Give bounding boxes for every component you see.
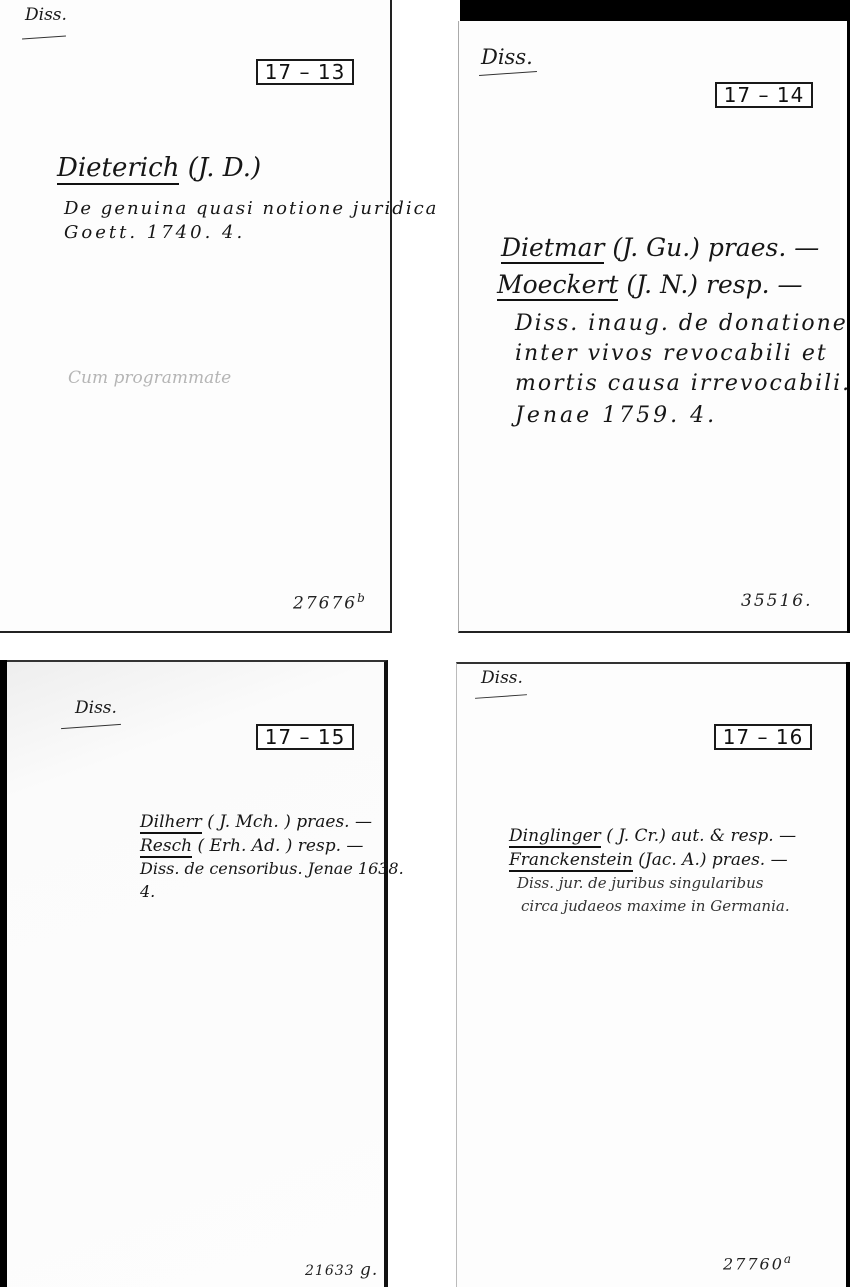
collection-mark-underline <box>475 694 527 699</box>
author-role: ( J. Cr.) aut. & resp. — <box>606 826 796 846</box>
author-line: Dietmar (J. Gu.) praes. — <box>501 233 819 262</box>
collection-mark: Diss. <box>481 668 523 688</box>
collection-mark-underline <box>61 724 121 729</box>
accession-number: 35516. <box>741 591 812 611</box>
catalog-card-17-16: Diss. 17 – 16 Dinglinger ( J. Cr.) aut. … <box>456 662 846 1287</box>
title-line: inter vivos revocabili et <box>515 341 828 366</box>
pencil-note: Cum programmate <box>68 368 231 388</box>
format-line: 4. <box>140 882 155 901</box>
title-line: circa judaeos maxime in Germania. <box>521 897 790 915</box>
catalog-card-17-13: Diss. 17 – 13 Dieterich (J. D.) De genui… <box>0 0 392 633</box>
accession-number: 21633 g. <box>305 1260 378 1280</box>
author-name: Dieterich <box>57 153 179 185</box>
author-line: Dieterich (J. D.) <box>57 153 261 183</box>
title-line: De genuina quasi notione juridica <box>64 198 438 219</box>
title-line: Diss. de censoribus. Jenae 1638. <box>140 859 404 878</box>
imprint-line: Goett. 1740. 4. <box>64 222 245 243</box>
author-name: Moeckert <box>497 270 618 301</box>
collection-mark: Diss. <box>75 698 117 718</box>
scan-edge-left <box>0 660 7 1287</box>
call-number-box: 17 – 16 <box>714 724 812 750</box>
author-line: Dinglinger ( J. Cr.) aut. & resp. — <box>509 826 796 846</box>
author-role: ( Erh. Ad. ) resp. — <box>197 836 363 856</box>
author-name: Dinglinger <box>509 826 601 848</box>
accession-number: 27760a <box>723 1252 793 1273</box>
author-role: (J. N.) resp. — <box>626 270 802 299</box>
title-line: Diss. jur. de juribus singularibus <box>517 874 763 892</box>
author-line: Resch ( Erh. Ad. ) resp. — <box>140 836 363 856</box>
author-line: Moeckert (J. N.) resp. — <box>497 270 802 299</box>
collection-mark-underline <box>22 35 66 39</box>
imprint-line: Jenae 1759. 4. <box>515 403 717 428</box>
title-line: mortis causa irrevocabili. <box>515 371 850 396</box>
author-role: (J. Gu.) praes. — <box>612 233 819 262</box>
catalog-card-17-14: Diss. 17 – 14 Dietmar (J. Gu.) praes. — … <box>458 21 850 633</box>
call-number-box: 17 – 15 <box>256 724 354 750</box>
call-number-box: 17 – 13 <box>256 59 354 85</box>
call-number-box: 17 – 14 <box>715 82 813 108</box>
scan-edge-right <box>846 662 850 1287</box>
author-name: Resch <box>140 836 192 858</box>
author-line: Franckenstein (Jac. A.) praes. — <box>509 850 788 870</box>
scan-edge-top <box>460 0 850 21</box>
author-name: Dietmar <box>501 233 604 264</box>
author-role: (Jac. A.) praes. — <box>638 850 787 870</box>
author-name: Dilherr <box>140 812 202 834</box>
author-role: ( J. Mch. ) praes. — <box>207 812 372 832</box>
author-initials: (J. D.) <box>188 153 261 183</box>
collection-mark: Diss. <box>481 45 533 69</box>
catalog-card-17-15: Diss. 17 – 15 Dilherr ( J. Mch. ) praes.… <box>7 660 388 1287</box>
title-line: Diss. inaug. de donatione <box>515 311 848 336</box>
accession-number: 27676b <box>293 591 367 614</box>
collection-mark: Diss. <box>25 5 67 25</box>
author-name: Franckenstein <box>509 850 633 872</box>
author-line: Dilherr ( J. Mch. ) praes. — <box>140 812 372 832</box>
collection-mark-underline <box>479 71 537 76</box>
